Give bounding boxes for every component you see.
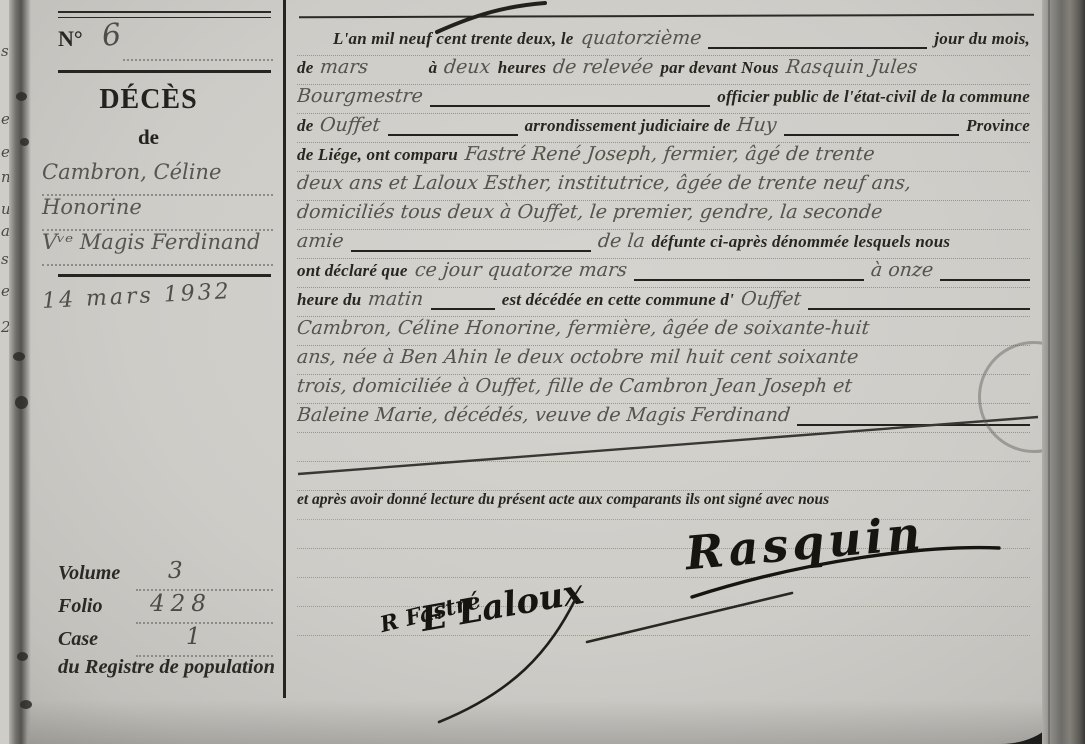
handwritten-text: Huy	[736, 114, 778, 136]
binding-tie-mark	[17, 652, 28, 661]
handwritten-text: Fastré René Joseph, fermier, âgé de tren…	[464, 143, 876, 165]
handwritten-text: ce jour quatorze mars	[414, 259, 628, 281]
handwritten-text: Cambron, Céline Honorine, fermière, âgée…	[297, 317, 870, 339]
printed-text: et après avoir donné lecture du présent …	[297, 491, 829, 509]
binding-shadow	[9, 0, 31, 744]
form-line: Baleine Marie, décédés, veuve de Magis F…	[297, 404, 1030, 433]
handwritten-text: Ouffet	[319, 114, 381, 136]
dotted-fill-line	[136, 622, 273, 624]
form-line: deux ans et Laloux Esther, institutrice,…	[297, 172, 1030, 201]
act-body: L'an mil neuf cent trente deux, lequator…	[287, 0, 1044, 744]
fill-in-rule	[797, 424, 1030, 426]
sidebar-rule	[58, 274, 271, 277]
printed-text: par devant Nous	[660, 58, 778, 78]
form-line: ont déclaré quece jour quatorze marsà on…	[297, 259, 1030, 288]
handwritten-text: Ouffet	[740, 288, 802, 310]
fill-in-rule	[430, 105, 710, 107]
handwritten-text: trois, domiciliée à Ouffet, fille de Cam…	[297, 375, 853, 397]
deceased-name-line: Vᵛᵉ Magis Ferdinand	[42, 230, 273, 266]
form-line	[297, 433, 1030, 462]
deceased-name-line: Honorine	[42, 195, 273, 231]
printed-text: est décédée en cette commune d'	[502, 290, 734, 310]
handwritten-text: amie	[297, 230, 345, 252]
fill-in-rule	[351, 250, 591, 252]
binding-tie-mark	[16, 92, 27, 101]
printed-text: de	[297, 116, 313, 136]
book-page-edge	[1042, 0, 1085, 744]
act-date-handwritten: 14 mars 1932	[41, 279, 232, 314]
form-line: heure dumatinest décédée en cette commun…	[297, 288, 1030, 317]
form-line: demarsàdeuxheuresde relevéepar devant No…	[297, 56, 1030, 85]
form-line: L'an mil neuf cent trente deux, lequator…	[297, 27, 1030, 56]
handwritten-text: deux	[443, 56, 492, 78]
printed-text: de Liége, ont comparu	[297, 145, 458, 165]
act-number-label: N°	[58, 26, 83, 51]
printed-text: heures	[498, 58, 546, 78]
handwritten-text: ans, née à Ben Ahin le deux octobre mil …	[297, 346, 860, 368]
form-line: deOuffetarrondissement judiciaire deHuyP…	[297, 114, 1030, 143]
case-value: 1	[186, 624, 201, 650]
handwritten-text: matin	[367, 288, 425, 310]
fill-in-rule	[708, 47, 927, 49]
case-label: Case	[58, 628, 98, 650]
handwritten-text: deux ans et Laloux Esther, institutrice,…	[297, 172, 912, 194]
form-line	[297, 578, 1030, 607]
form-line: amiede ladéfunte ci-après dénommée lesqu…	[297, 230, 1030, 259]
handwritten-text: Bourgmestre	[297, 85, 424, 107]
deceased-name-line: Cambron, Céline	[42, 160, 273, 196]
volume-label: Volume	[58, 562, 120, 584]
printed-text: Province	[966, 116, 1030, 136]
fill-in-rule	[784, 134, 959, 136]
registry-volume-row: Volume 3	[58, 562, 273, 594]
handwritten-text: de la	[597, 230, 646, 252]
act-type-title: DÉCÈS	[28, 84, 269, 116]
form-line: trois, domiciliée à Ouffet, fille de Cam…	[297, 375, 1030, 404]
handwritten-text: mars	[319, 56, 369, 78]
act-sidebar: N° 6 DÉCÈS de Cambron, Céline Honorine V…	[28, 0, 283, 744]
act-number-dotted-line	[123, 59, 273, 61]
sidebar-top-rule	[58, 11, 271, 18]
column-divider-rule	[283, 0, 286, 698]
printed-text: de	[297, 58, 313, 78]
act-top-rule	[299, 14, 1034, 19]
printed-text: défunte ci-après dénommée lesquels nous	[652, 232, 951, 252]
handwritten-text: quatorzième	[579, 27, 702, 49]
printed-text: arrondissement judiciaire de	[525, 116, 731, 136]
fill-in-rule	[431, 308, 495, 310]
printed-text: officier public de l'état-civil de la co…	[717, 87, 1030, 107]
printed-text: jour du mois,	[934, 29, 1030, 49]
fill-in-rule	[634, 279, 864, 281]
folio-value: 428	[150, 591, 212, 617]
register-page: N° 6 DÉCÈS de Cambron, Céline Honorine V…	[0, 0, 1060, 744]
printed-text: heure du	[297, 290, 361, 310]
binding-tie-mark	[20, 138, 29, 146]
binding-tie-mark	[20, 700, 32, 709]
handwritten-text: de relevée	[552, 56, 655, 78]
form-line: domiciliés tous deux à Ouffet, le premie…	[297, 201, 1030, 230]
scanned-register-photo: { "document": { "kind": "Acte de décès —…	[0, 0, 1085, 744]
volume-value: 3	[168, 558, 183, 584]
fill-in-rule	[388, 134, 518, 136]
form-line: de Liége, ont comparuFastré René Joseph,…	[297, 143, 1030, 172]
registry-note: du Registre de population	[58, 656, 275, 679]
handwritten-text: Baleine Marie, décédés, veuve de Magis F…	[297, 404, 791, 426]
handwritten-text: Rasquin Jules	[785, 56, 919, 78]
sidebar-rule	[58, 70, 271, 73]
act-type-subtitle: de	[28, 125, 269, 150]
fill-in-rule	[808, 308, 1030, 310]
fill-in-rule	[940, 279, 1030, 281]
printed-text: L'an mil neuf cent trente deux, le	[333, 29, 574, 49]
form-line: Cambron, Céline Honorine, fermière, âgée…	[297, 317, 1030, 346]
previous-page-text-fragment: s	[1, 250, 9, 268]
binding-tie-mark	[13, 352, 25, 361]
handwritten-text: à onze	[870, 259, 935, 281]
form-line: Bourgmestreofficier public de l'état-civ…	[297, 85, 1030, 114]
folio-label: Folio	[58, 595, 102, 617]
registry-folio-row: Folio 428	[58, 595, 273, 627]
printed-text: ont déclaré que	[297, 261, 408, 281]
handwritten-text: domiciliés tous deux à Ouffet, le premie…	[297, 201, 883, 223]
binding-tie-mark	[15, 396, 28, 409]
act-number-value: 6	[100, 17, 123, 54]
act-number-row: N° 6	[58, 26, 271, 62]
printed-text: à	[429, 58, 438, 78]
form-line: ans, née à Ben Ahin le deux octobre mil …	[297, 346, 1030, 375]
form-line	[297, 462, 1030, 491]
